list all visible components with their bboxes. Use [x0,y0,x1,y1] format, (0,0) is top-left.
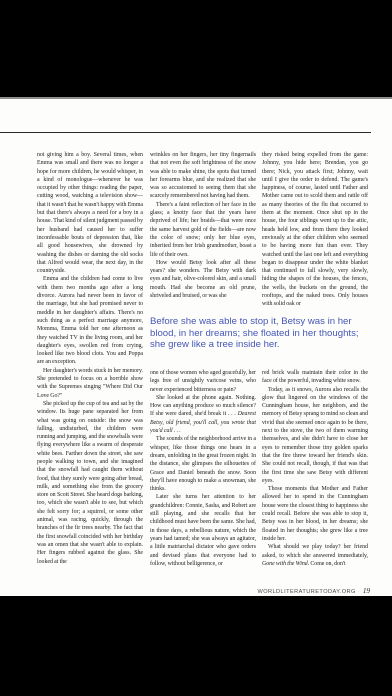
footer-site-url: WORLDLITERATURETODAY.ORG [257,589,355,595]
letterbox-top [0,0,392,97]
text-column-1: not giving him a boy. Several times, whe… [37,151,143,571]
page-number: 19 [363,587,370,595]
letterbox-bottom [0,596,392,696]
header-rule [0,132,371,133]
screen: not giving him a boy. Several times, whe… [0,0,392,696]
magazine-page: not giving him a boy. Several times, whe… [0,97,392,596]
text-column-2: wrinkles on her fingers, her tiny finger… [150,151,256,574]
text-column-3: they risked being expelled from the game… [262,151,368,574]
pull-quote: Before she was able to stop it, Betsy wa… [150,316,376,351]
column-2-upper: wrinkles on her fingers, her tiny finger… [150,151,256,309]
column-3-upper: they risked being expelled from the game… [262,151,368,309]
column-2-lower: one of those women who aged gracefully, … [150,369,256,574]
column-3-lower: red brick walls maintain their color in … [262,369,368,574]
